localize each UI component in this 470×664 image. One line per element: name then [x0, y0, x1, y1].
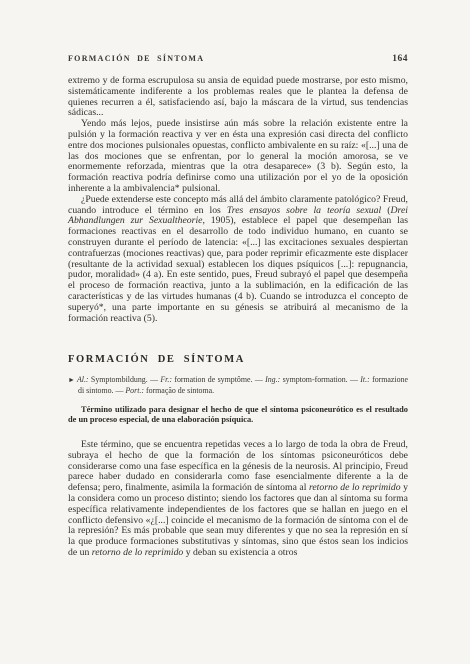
paragraph: Yendo más lejos, puede insistirse aún má…	[68, 119, 408, 195]
paragraph: Este término, que se encuentra repetidas…	[68, 440, 408, 559]
entry-body: Este término, que se encuentra repetidas…	[68, 440, 408, 559]
entry-title: FORMACIÓN DE SÍNTOMA	[68, 354, 408, 365]
paragraph: extremo y de forma escrupulosa su ansia …	[68, 76, 408, 119]
running-head-title: FORMACIÓN DE SÍNTOMA	[68, 54, 204, 63]
running-head: FORMACIÓN DE SÍNTOMA 164	[68, 54, 408, 64]
entry-translations-text: Al.: Symptombildung. — Fr.: formation de…	[77, 375, 408, 395]
entry-marker-icon: ►	[68, 376, 77, 384]
paragraph: ¿Puede extenderse este concepto más allá…	[68, 195, 408, 325]
dictionary-entry: FORMACIÓN DE SÍNTOMA ►Al.: Symptombildun…	[68, 354, 408, 558]
entry-definition: Término utilizado para designar el hecho…	[68, 405, 408, 425]
page-number: 164	[392, 54, 408, 64]
page-body-top: extremo y de forma escrupulosa su ansia …	[68, 76, 408, 324]
entry-translations: ►Al.: Symptombildung. — Fr.: formation d…	[68, 375, 408, 395]
book-page: FORMACIÓN DE SÍNTOMA 164 extremo y de fo…	[0, 0, 470, 664]
